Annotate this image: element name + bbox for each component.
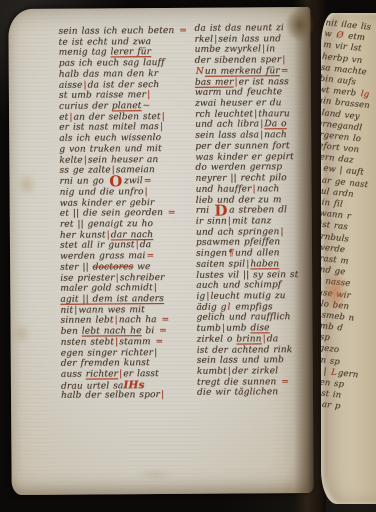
text-segment: curius der — [59, 101, 112, 111]
text-segment: nach — [257, 184, 280, 194]
rubric-segment: = — [145, 251, 155, 261]
text-segment: warm und feuchte — [195, 87, 282, 98]
rubric-segment: = — [280, 66, 290, 76]
rubric-segment: = — [157, 315, 171, 325]
text-segment: halb das man den kr — [59, 69, 158, 80]
text-segment: umbe zwyrkel — [195, 45, 261, 55]
text-segment: was kinder er gepirt — [195, 152, 294, 163]
text-segment: mit tanz — [232, 216, 271, 226]
rubric-segment: planet — [112, 101, 142, 111]
facing-page-edge: nit ilae lisw Ø etmm vir lstherbp vnsa m… — [321, 13, 376, 504]
rubric-segment: bas mer — [195, 77, 234, 87]
text-segment: maler gold schmidt — [60, 283, 153, 294]
text-segment: ben — [61, 327, 82, 337]
text-segment: da ist der sech — [88, 80, 160, 91]
rubric-segment: N — [195, 67, 205, 77]
text-segment: der sibenden sper — [195, 55, 282, 66]
rubric-segment: | — [281, 55, 286, 65]
text-segment: tumb — [197, 324, 221, 334]
text-segment: nsten stebt — [61, 337, 114, 347]
rubric-segment: = — [151, 337, 165, 347]
text-segment: rni — [196, 206, 213, 216]
text-segment: ist der achtend rink — [197, 345, 293, 356]
text-segment: do werden gernsp — [195, 162, 282, 173]
rubric-segment: doctores — [93, 262, 134, 272]
text-segment: thauru — [258, 109, 290, 119]
text-segment: nig und die unfro — [60, 187, 144, 198]
rubric-segment: = — [174, 26, 188, 36]
text-segment: lustes vil || sy sein st — [196, 270, 298, 281]
rubric-segment: Da o — [264, 120, 286, 130]
text-segment: pas ich euch sag lauff — [59, 58, 165, 69]
text-segment: aisse — [59, 80, 83, 90]
text-segment: da — [140, 240, 152, 250]
text-segment: werden grass mai — [60, 251, 145, 262]
text-segment: und allen — [235, 248, 280, 258]
rubric-segment: | — [160, 390, 165, 400]
rubric-segment: brinn — [236, 334, 261, 344]
rubric-segment: dar nach — [111, 230, 153, 240]
rubric-segment: haben — [250, 259, 279, 269]
rubric-segment: | — [153, 348, 158, 358]
text-segment: sein lass alsa — [195, 131, 259, 141]
text-segment: stamm — [119, 337, 150, 347]
text-segment: in — [266, 45, 275, 55]
manuscript-line: sein lass ich euch beten = — [58, 26, 198, 38]
manuscript-photograph: sein lass ich euch beten =te ist echt un… — [0, 0, 376, 512]
text-segment: ster || — [60, 262, 93, 272]
rubric-segment: richter — [86, 369, 118, 379]
text-segment: nach — [264, 130, 287, 140]
text-segment: er ist nass — [239, 77, 289, 87]
text-segment: lieb und der zu m — [196, 195, 282, 206]
text-segment: sein lass und umb — [197, 355, 284, 366]
text-segment: we — [133, 262, 150, 272]
text-segment: ret || genaigt zu ho — [60, 219, 153, 230]
rubric-segment: agit || dem ist anders — [60, 294, 164, 305]
text-segment: stet all ir gunst — [60, 241, 135, 252]
text-segment: ss ge zalte — [59, 166, 110, 176]
text-segment: umb — [226, 324, 250, 334]
rubric-segment: = — [276, 377, 290, 387]
text-segment: leucht mutig zu — [210, 291, 285, 302]
text-segment: te ist echt und zwa — [59, 37, 152, 48]
text-segment: gern — [337, 368, 359, 380]
text-segment: zwil — [124, 176, 143, 186]
rubric-segment: | — [279, 227, 284, 237]
rubric-segment: | — [161, 112, 166, 122]
text-segment: kumbt — [197, 367, 227, 377]
text-segment: kelte — [59, 155, 82, 165]
text-segment: gelich und raufflich — [196, 313, 290, 324]
text-segment: sinnen lebt — [60, 316, 113, 326]
rubric-segment: ¶ — [227, 249, 235, 259]
manuscript-line: halb der selben spor| — [61, 390, 201, 402]
text-segment: er lasst — [123, 369, 159, 379]
text-segment: psawmen pfeiffen — [196, 238, 280, 249]
rubric-segment: un merkend für — [205, 66, 280, 77]
rubric-segment: lg — [359, 89, 370, 100]
text-segment: her kunst — [60, 230, 106, 240]
text-segment: singen — [196, 249, 227, 259]
text-segment: empfigs — [231, 302, 272, 312]
text-segment: da ist das neunt zi — [194, 23, 284, 34]
rubric-segment: lebt nach he — [82, 326, 142, 336]
rubric-segment: = — [163, 208, 177, 218]
text-segment: als ich euch wissenlo — [59, 133, 161, 144]
rubric-segment: lerer für — [110, 48, 151, 58]
text-segment: halb der selben spor — [61, 390, 160, 401]
text-segment: et — [59, 112, 68, 122]
text-segment: bi — [142, 326, 155, 336]
text-segment: ise priester — [60, 273, 114, 283]
text-segment: er ist nast mitel mas — [59, 122, 159, 133]
text-segment: et || die sein georden — [60, 208, 163, 219]
rubric-segment: = — [154, 326, 168, 336]
text-segment: auch und schimpf — [196, 280, 281, 291]
text-segment: ir sinn — [196, 216, 227, 226]
text-segment: egen singer richter — [61, 348, 153, 359]
text-segment: sein lass ich euch beten — [58, 26, 174, 37]
rubric-segment: | — [159, 122, 164, 132]
text-segment: da — [267, 334, 279, 344]
text-segment: und hauffer — [196, 184, 252, 194]
text-segment: wann wes mit — [78, 305, 145, 315]
text-segment: ig — [196, 292, 205, 302]
text-segment: ädig g — [196, 302, 226, 312]
text-segment: per der sunnen fort — [195, 141, 289, 152]
text-segment: was kinder er gebir — [60, 198, 155, 209]
facing-page-text-fragments: nit ilae lisw Ø etmm vir lstherbp vnsa m… — [321, 18, 376, 417]
text-segment: zwai heuser er du — [195, 98, 282, 109]
text-segment: zirkel o — [197, 334, 237, 344]
text-segment: nach ha — [119, 315, 157, 325]
rubric-segment: | — [146, 90, 151, 100]
text-segment: nit — [60, 305, 73, 315]
rubric-segment: = — [143, 176, 153, 186]
text-segment: neyrer || recht pilo — [195, 173, 286, 184]
text-segment: schreiber — [120, 273, 165, 283]
text-segment: der fremden kunst — [61, 358, 150, 369]
text-segment: und ach springen — [196, 227, 280, 238]
text-segment: und ach libra — [195, 120, 259, 130]
text-segment: die wir täglichen — [197, 388, 278, 399]
rubric-segment: | — [143, 187, 148, 197]
text-segment: auss — [61, 370, 86, 380]
text-segment: sein lass und — [218, 34, 281, 44]
text-segment: saiten spil — [196, 259, 245, 269]
text-segment: rni un go — [59, 176, 107, 186]
text-segment: an der selben stet — [73, 112, 160, 123]
left-text-column: sein lass ich euch beten =te ist echt un… — [58, 26, 201, 402]
text-segment: der zirkel — [232, 366, 278, 376]
text-segment: rch leuchtet — [195, 109, 253, 119]
manuscript-page: sein lass ich euch beten =te ist echt un… — [8, 7, 313, 495]
text-segment: a streben dl — [229, 205, 287, 215]
text-segment: menig tag — [59, 48, 111, 58]
text-segment: g von truken und mit — [59, 144, 161, 155]
text-segment: rkel — [194, 34, 213, 44]
rubric-segment: ~ — [141, 101, 151, 111]
rubric-segment: | — [153, 283, 158, 293]
text-segment: tregt die sunnen — [197, 377, 277, 388]
text-segment: st umb raisse mer — [59, 90, 146, 101]
text-segment: sein heuser an — [88, 155, 158, 165]
rubric-segment: dise — [250, 323, 269, 333]
